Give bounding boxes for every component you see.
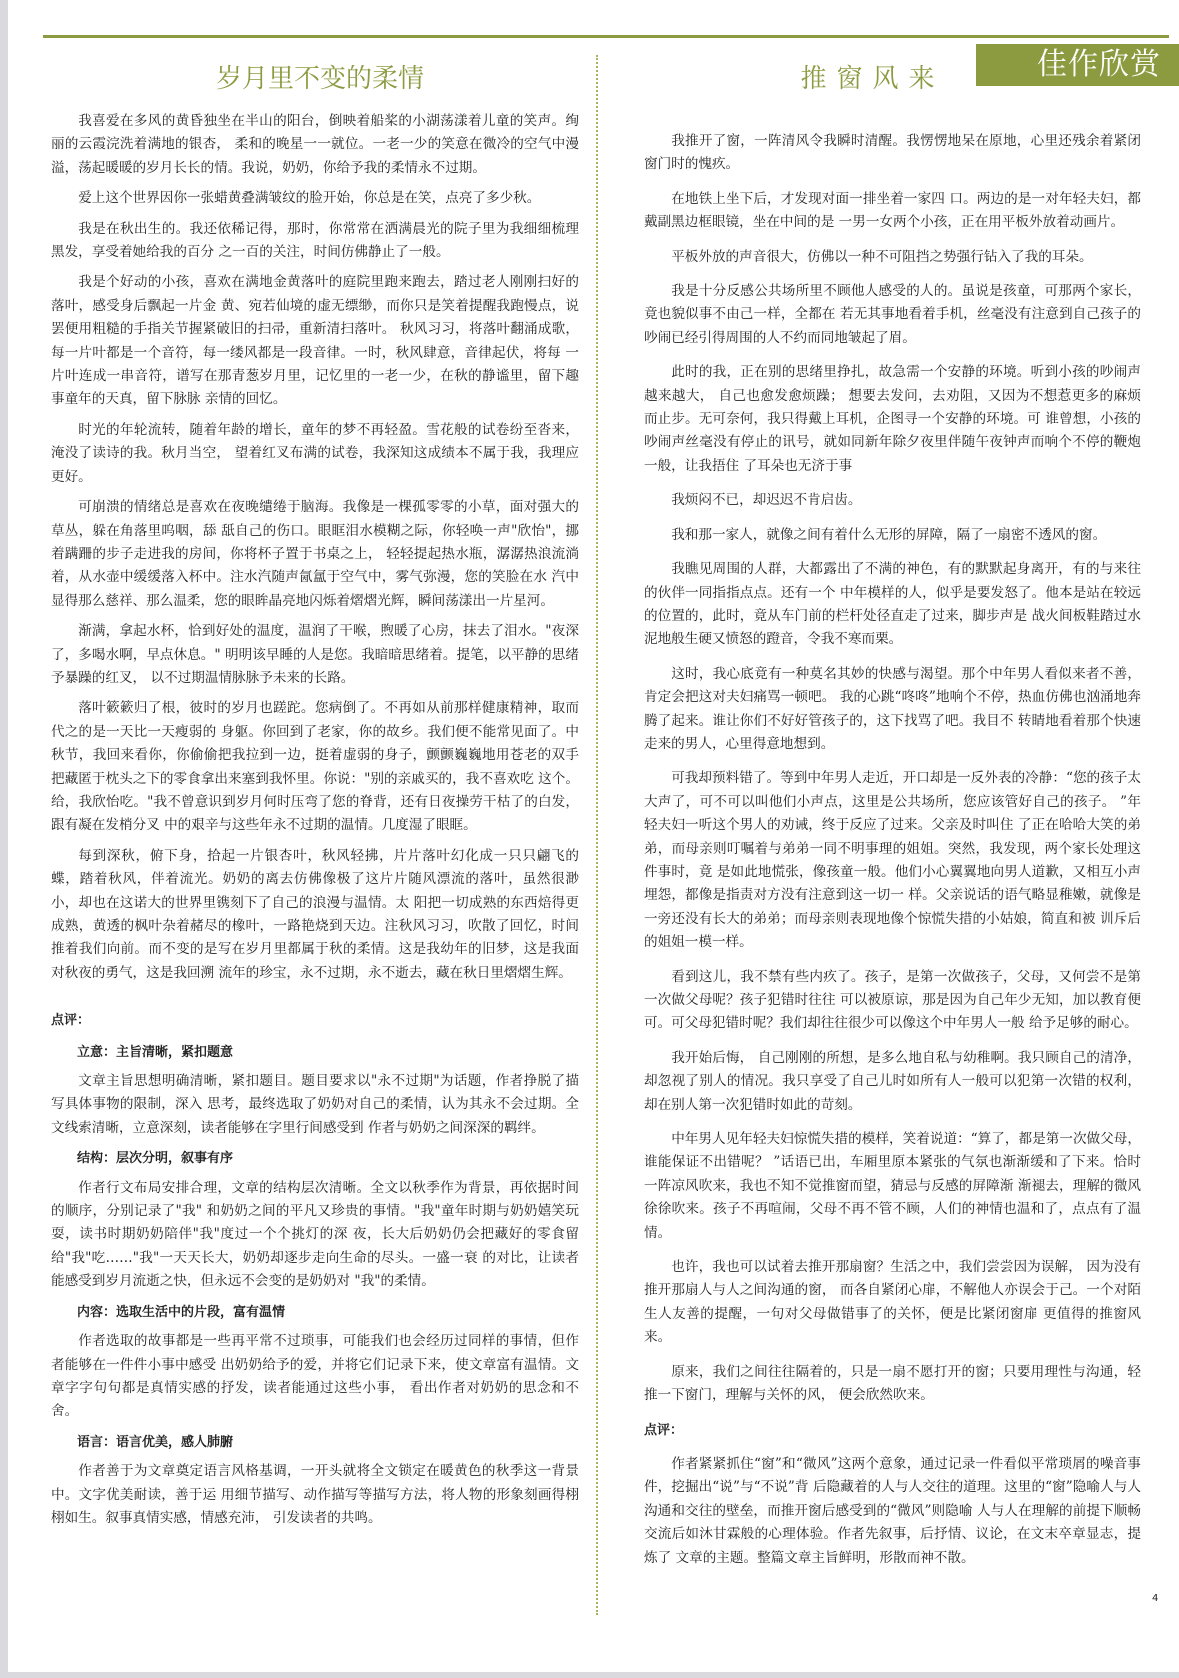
right-article-title: 推窗风来 xyxy=(604,62,1141,96)
paragraph: 爱上这个世界因你一张蜡黄叠满皱纹的脸开始，你总是在笑，点亮了多少秋。 xyxy=(51,187,579,210)
page-number: 4 xyxy=(1152,1593,1158,1604)
paragraph: 每到深秋，俯下身，拾起一片银杏叶，秋风轻拂，片片落叶幻化成一只只翩飞的蝶，踏着秋… xyxy=(51,845,579,985)
page-bottom-edge xyxy=(0,1672,1179,1678)
review-label: 点评： xyxy=(644,1419,1141,1442)
paragraph: 我是十分反感公共场所里不顾他人感受的人的。虽说是孩童，可那两个家长，竟也貌似事不… xyxy=(644,280,1141,350)
review-text: 文章主旨思想明确清晰，紧扣题目。题目要求以"永不过期"为话题，作者挣脱了描写具体… xyxy=(51,1070,579,1140)
paragraph: 我开始后悔， 自己刚刚的所想，是多么地自私与幼稚啊。我只顾自己的清净，却忽视了别… xyxy=(644,1047,1141,1117)
paragraph: 落叶簌簌归了根，彼时的岁月也蹉跎。您病倒了。不再如从前那样健康精神，取而代之的是… xyxy=(51,697,579,837)
review-heading: 立意：主旨清晰，紧扣题意 xyxy=(51,1041,579,1064)
paragraph: 中年男人见年轻夫妇惊慌失措的模样，笑着说道：“算了，都是第一次做父母，谁能保证不… xyxy=(644,1128,1141,1245)
paragraph: 我和那一家人，就像之间有着什么无形的屏障，隔了一扇密不透风的窗。 xyxy=(644,524,1141,547)
paragraph: 可崩溃的情绪总是喜欢在夜晚缱绻于脑海。我像是一棵孤零零的小草，面对强大的草丛，躲… xyxy=(51,496,579,613)
magazine-page: 佳作欣赏 岁月里不变的柔情 我喜爱在多风的黄昏独坐在半山的阳台，倒映着船桨的小湖… xyxy=(8,0,1179,1672)
paragraph: 这时，我心底竟有一种莫名其妙的快感与渴望。那个中年男人看似来者不善，肯定会把这对… xyxy=(644,663,1141,757)
review-text: 作者选取的故事都是一些再平常不过琐事，可能我们也会经历过同样的事情，但作者能够在… xyxy=(51,1330,579,1424)
paragraph: 此时的我，正在别的思绪里挣扎，故急需一个安静的环境。听到小孩的吵闹声越来越大， … xyxy=(644,361,1141,478)
left-article: 岁月里不变的柔情 我喜爱在多风的黄昏独坐在半山的阳台，倒映着船桨的小湖荡漾着儿童… xyxy=(51,62,579,1537)
header-rule xyxy=(43,35,1169,38)
paragraph: 在地铁上坐下后，才发现对面一排坐着一家四 口。两边的是一对年轻夫妇，都戴副黑边框… xyxy=(644,188,1141,235)
left-review: 点评： 立意：主旨清晰，紧扣题意 文章主旨思想明确清晰，紧扣题目。题目要求以"永… xyxy=(51,1009,579,1530)
review-heading: 结构：层次分明，叙事有序 xyxy=(51,1147,579,1170)
paragraph: 我是个好动的小孩，喜欢在满地金黄落叶的庭院里跑来跑去，踏过老人刚刚扫好的落叶，感… xyxy=(51,271,579,411)
paragraph: 我喜爱在多风的黄昏独坐在半山的阳台，倒映着船桨的小湖荡漾着儿童的笑声。绚丽的云霞… xyxy=(51,110,579,180)
left-article-title: 岁月里不变的柔情 xyxy=(61,62,579,96)
right-review: 点评： 作者紧紧抓住“窗”和“微风”这两个意象，通过记录一件看似平常琐屑的噪音事… xyxy=(644,1419,1141,1570)
right-article: 推窗风来 我推开了窗，一阵清风令我瞬时清醒。我愣愣地呆在原地，心里还残余着紧闭窗… xyxy=(644,62,1141,1581)
paragraph: 我瞧见周围的人群，大都露出了不满的神色，有的默默起身离开，有的与来往的伙伴一同指… xyxy=(644,558,1141,652)
review-heading: 内容：选取生活中的片段，富有温情 xyxy=(51,1301,579,1324)
paragraph: 也许，我也可以试着去推开那扇窗？生活之中，我们尝尝因为误解， 因为没有推开那扇人… xyxy=(644,1256,1141,1350)
review-heading: 语言：语言优美，感人肺腑 xyxy=(51,1431,579,1454)
paragraph: 平板外放的声音很大，仿佛以一种不可阻挡之势强行钻入了我的耳朵。 xyxy=(644,246,1141,269)
review-text: 作者行文布局安排合理，文章的结构层次清晰。全文以秋季作为背景，再依据时间的顺序，… xyxy=(51,1177,579,1294)
paragraph: 渐满，拿起水杯，恰到好处的温度，温润了干喉，煦暖了心房，抹去了泪水。"夜深了，多… xyxy=(51,620,579,690)
paragraph: 我推开了窗，一阵清风令我瞬时清醒。我愣愣地呆在原地，心里还残余着紧闭窗门时的愧疚… xyxy=(644,130,1141,177)
review-text: 作者紧紧抓住“窗”和“微风”这两个意象，通过记录一件看似平常琐屑的噪音事件，挖掘… xyxy=(644,1453,1141,1570)
paragraph: 我是在秋出生的。我还依稀记得，那时，你常常在洒满晨光的院子里为我细细梳理黑发，享… xyxy=(51,218,579,265)
paragraph: 可我却预料错了。等到中年男人走近，开口却是一反外表的冷静：“您的孩子太大声了，可… xyxy=(644,767,1141,954)
paragraph: 原来，我们之间往往隔着的，只是一扇不愿打开的窗；只要用理性与沟通，轻推一下窗门，… xyxy=(644,1361,1141,1408)
paragraph: 我烦闷不已，却迟迟不肯启齿。 xyxy=(644,489,1141,512)
paragraph: 看到这儿，我不禁有些内疚了。孩子，是第一次做孩子，父母，又何尝不是第一次做父母呢… xyxy=(644,966,1141,1036)
paragraph: 时光的年轮流转，随着年龄的增长，童年的梦不再轻盈。雪花般的试卷纷至沓来，淹没了读… xyxy=(51,419,579,489)
column-divider xyxy=(596,55,598,1615)
review-text: 作者善于为文章奠定语言风格基调，一开头就将全文锁定在暖黄色的秋季这一背景中。文字… xyxy=(51,1460,579,1530)
review-label: 点评： xyxy=(51,1009,579,1032)
